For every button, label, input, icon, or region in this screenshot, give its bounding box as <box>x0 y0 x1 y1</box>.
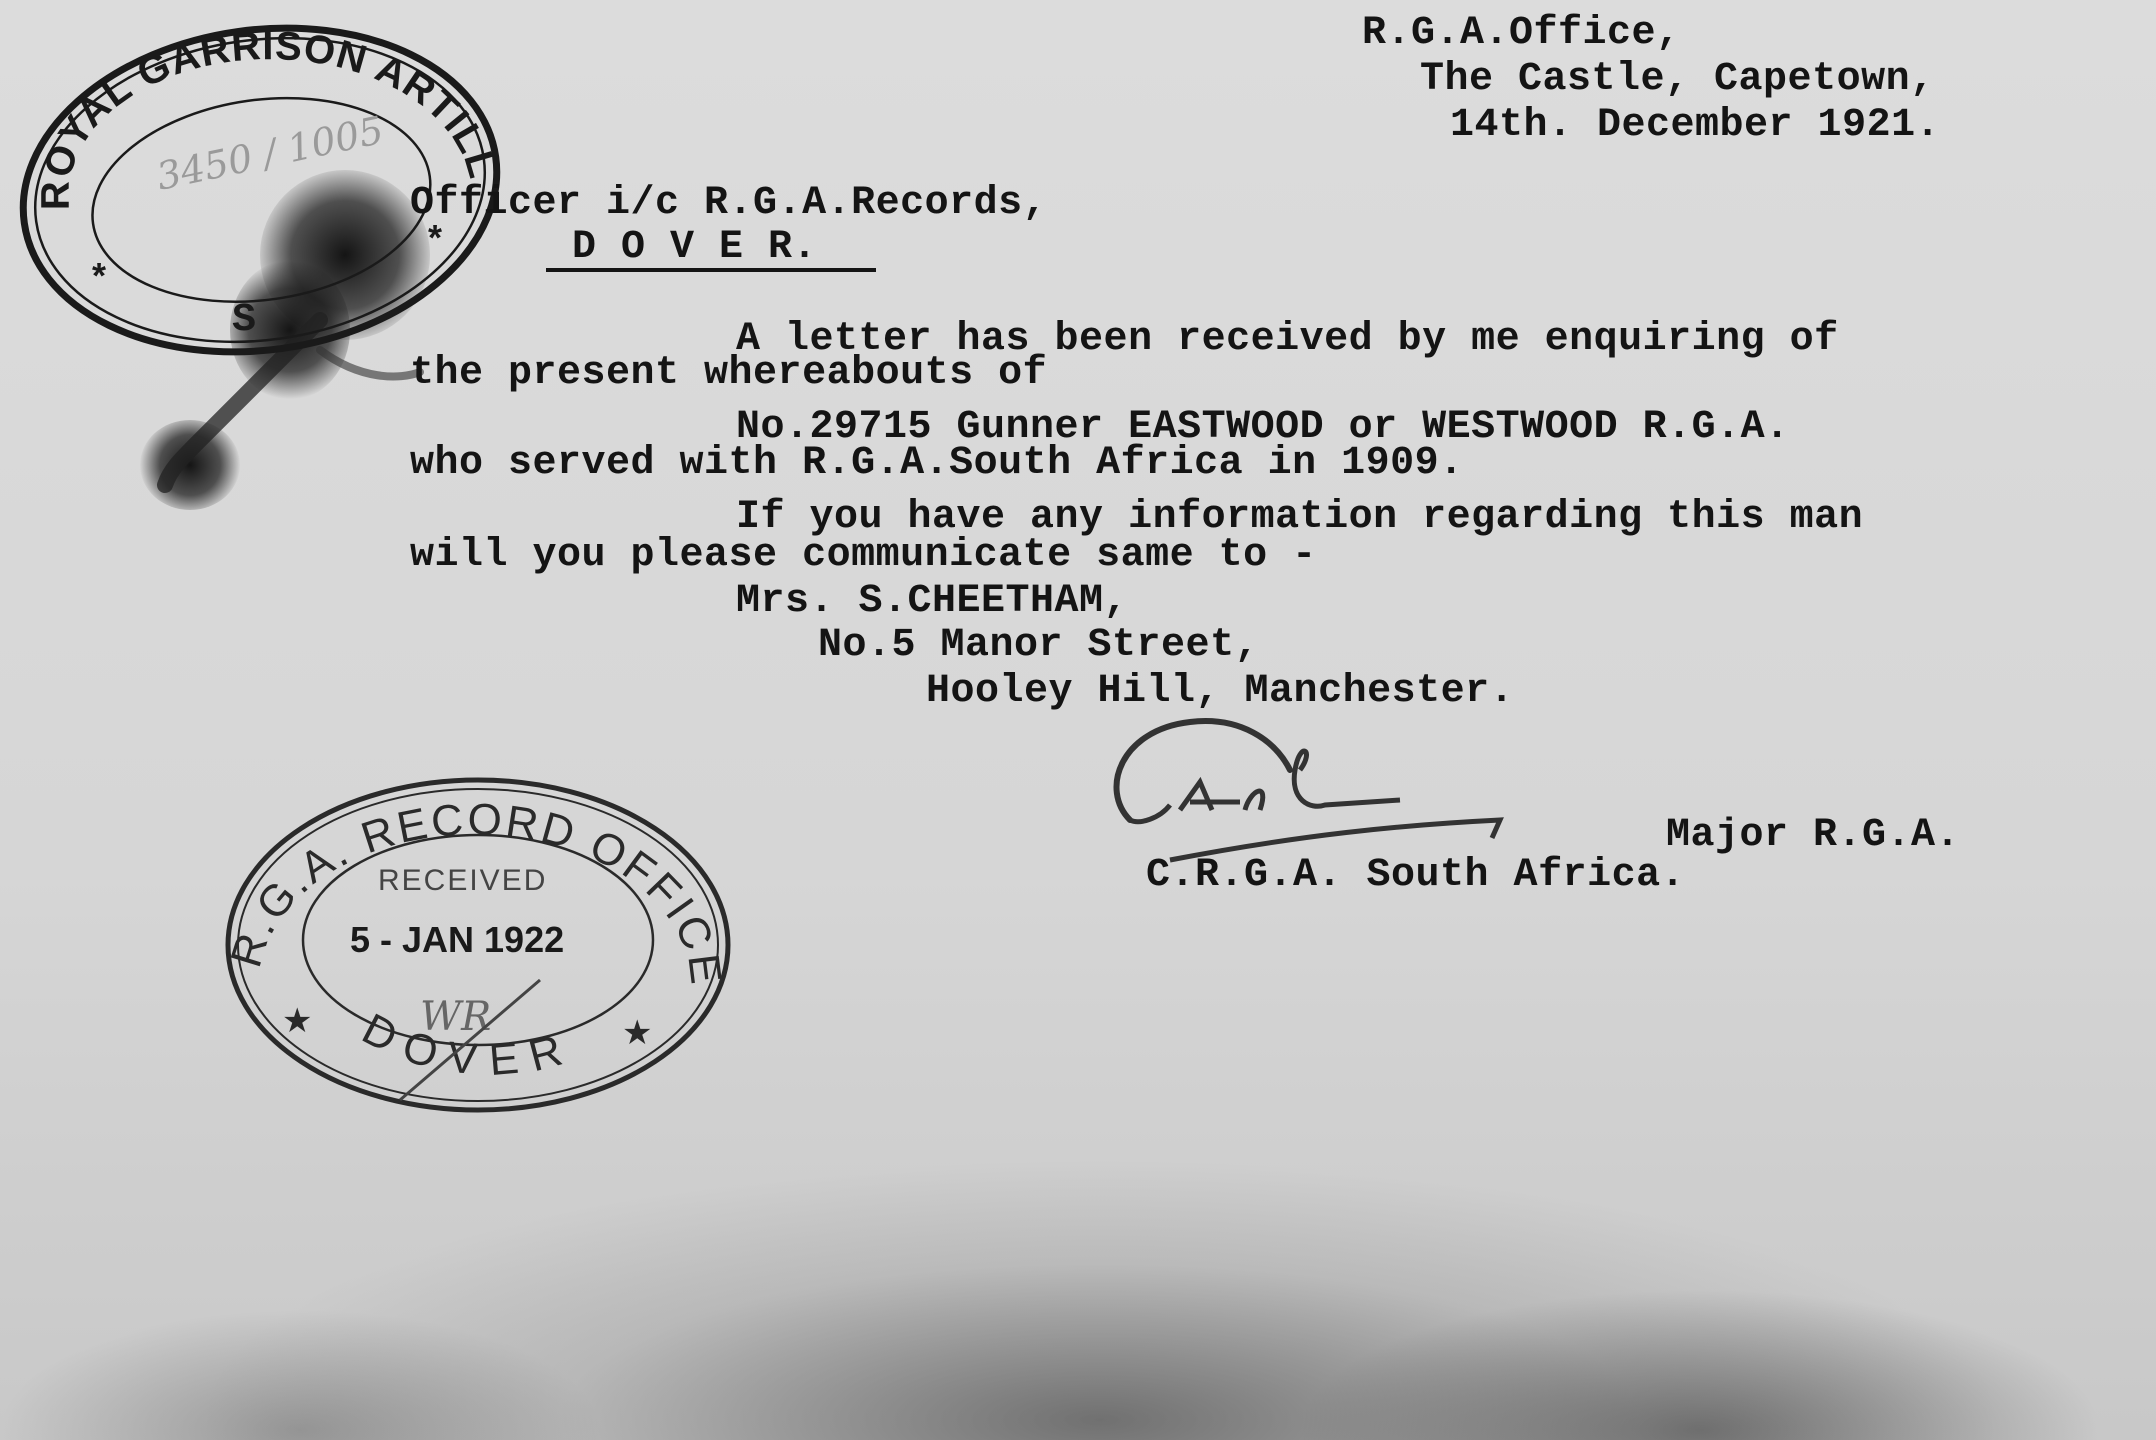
document-page: ROYAL GARRISON ARTILLERY * * S 3450 / 10… <box>0 0 2156 1440</box>
stamp-received-date: 5 - JAN 1922 <box>350 919 564 960</box>
body-line2: the present whereabouts of <box>410 352 1047 396</box>
signature-rank: Major R.G.A. <box>1666 814 1960 858</box>
sender-address-line2: The Castle, Capetown, <box>1420 58 1935 102</box>
star-icon: ★ <box>282 1001 312 1041</box>
recipient-underline <box>546 268 876 272</box>
body-line4: who served with R.G.A.South Africa in 19… <box>410 442 1464 486</box>
signature-title: C.R.G.A. South Africa. <box>1146 854 1685 898</box>
handwritten-reference: 3450 / 1005 <box>153 108 387 199</box>
star-icon: * <box>92 255 106 296</box>
contact-street: No.5 Manor Street, <box>818 624 1259 668</box>
letter-date: 14th. December 1921. <box>1450 104 1940 148</box>
contact-name: Mrs. S.CHEETHAM, <box>736 580 1128 624</box>
handwritten-signature: G.A.S. Steahm <box>1100 710 1620 860</box>
stamp-initials: WR <box>420 994 491 1040</box>
contact-town: Hooley Hill, Manchester. <box>926 670 1514 714</box>
sender-address-line1: R.G.A.Office, <box>1362 12 1681 56</box>
recipient-line1: Officer i/c R.G.A.Records, <box>410 182 1047 226</box>
star-icon: ★ <box>622 1013 652 1053</box>
stamp-bottom-letter: S <box>232 298 256 343</box>
body-line6: will you please communicate same to - <box>410 534 1317 578</box>
stamp-received-label: RECEIVED <box>378 864 547 897</box>
record-office-received-stamp: R.G.A. RECORD OFFICE DOVER ★ ★ RECEIVED … <box>220 770 740 1120</box>
recipient-line2: D O V E R. <box>572 226 817 270</box>
